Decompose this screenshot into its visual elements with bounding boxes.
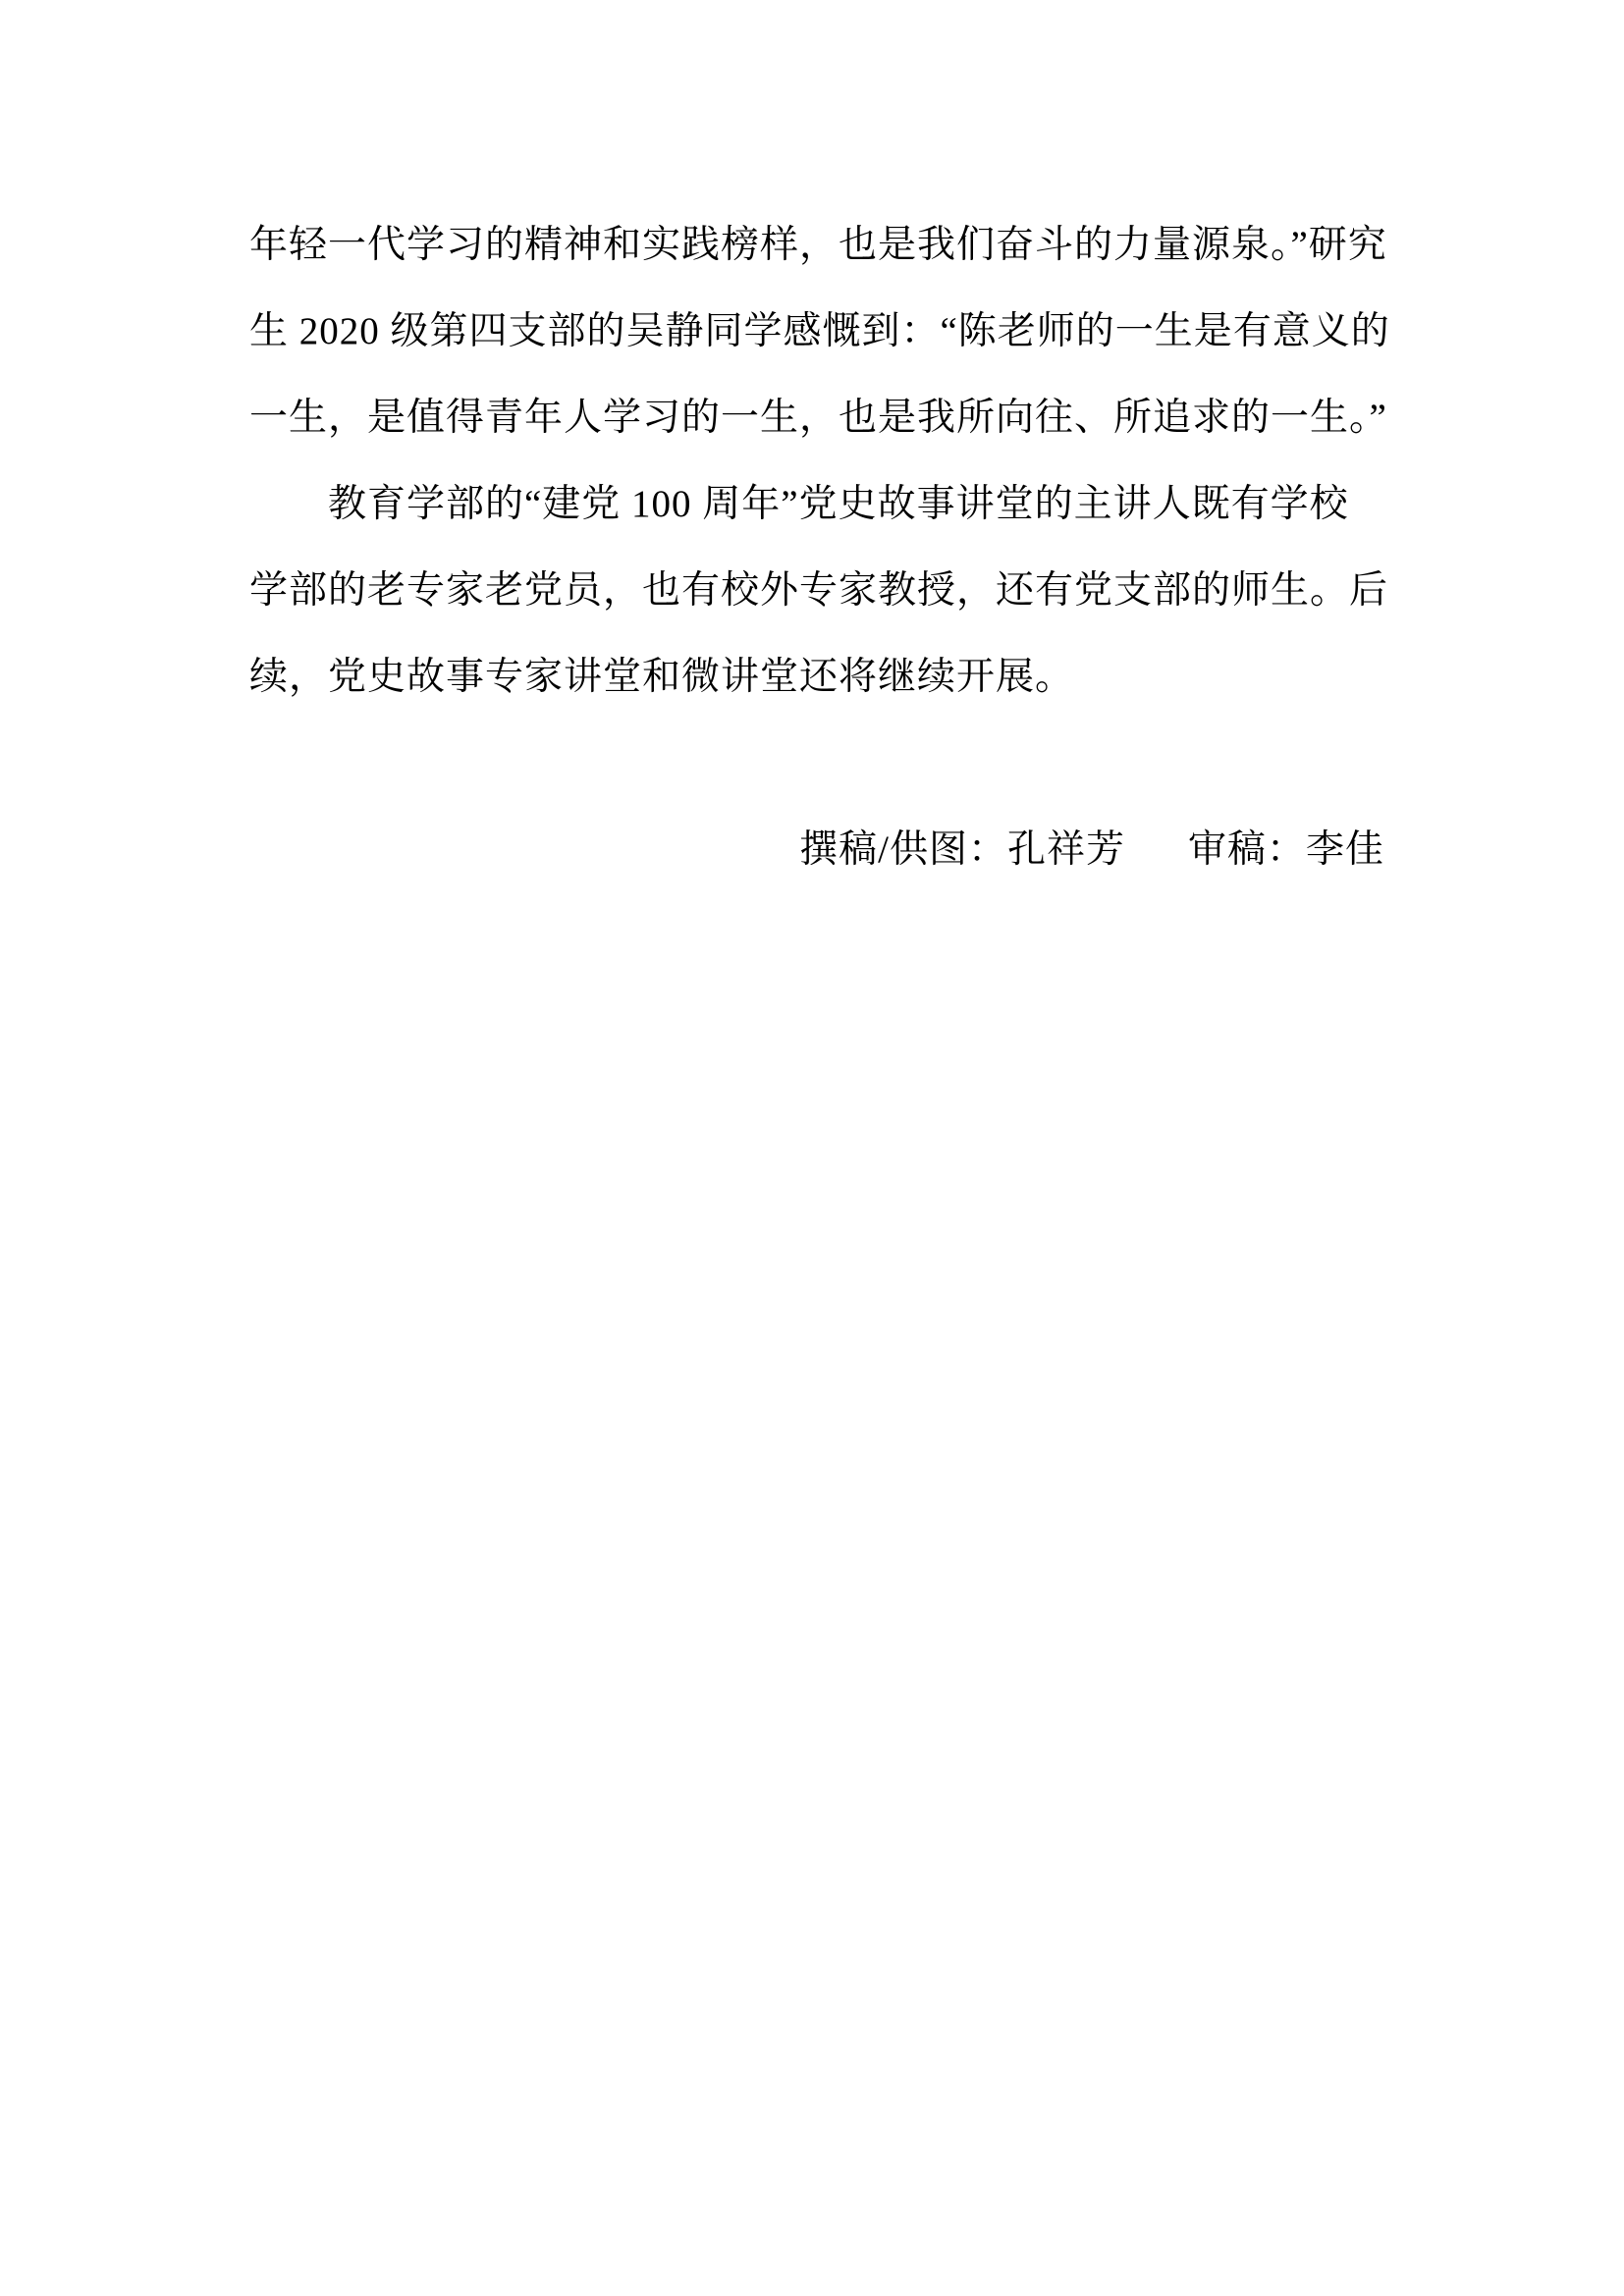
paragraph-1-line-3: 一生，是值得青年人学习的一生，也是我所向往、所追求的一生。” (249, 375, 1384, 461)
blank-line (249, 721, 1384, 807)
document-body: 年轻一代学习的精神和实践榜样，也是我们奋斗的力量源泉。”研究 生 2020 级第… (249, 202, 1384, 893)
byline: 撰稿/供图：孔祥芳 审稿：李佳 (249, 807, 1384, 893)
byline-reviewer: 审稿：李佳 (1188, 807, 1384, 893)
document-page: 年轻一代学习的精神和实践榜样，也是我们奋斗的力量源泉。”研究 生 2020 级第… (0, 0, 1624, 2296)
paragraph-2-line-1: 教育学部的“建党 100 周年”党史故事讲堂的主讲人既有学校 (249, 461, 1384, 548)
paragraph-1-line-2: 生 2020 级第四支部的吴静同学感慨到：“陈老师的一生是有意义的 (249, 289, 1384, 375)
byline-author: 撰稿/供图：孔祥芳 (799, 807, 1125, 893)
paragraph-1-line-1: 年轻一代学习的精神和实践榜样，也是我们奋斗的力量源泉。”研究 (249, 202, 1384, 289)
paragraph-2-line-3: 续，党史故事专家讲堂和微讲堂还将继续开展。 (249, 634, 1384, 721)
paragraph-2-line-2: 学部的老专家老党员，也有校外专家教授，还有党支部的师生。后 (249, 548, 1384, 634)
